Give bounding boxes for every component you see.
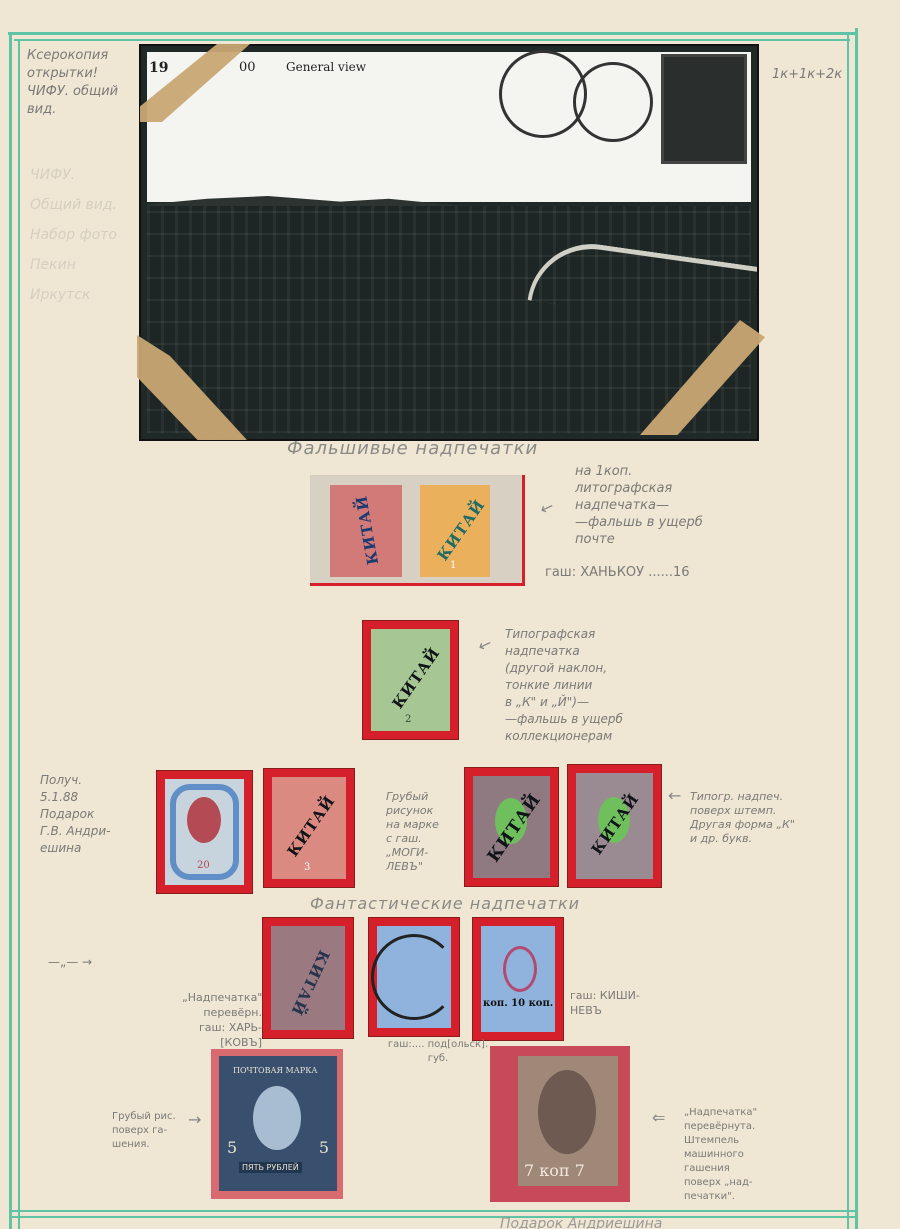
postcard-year-end: 00 — [239, 60, 256, 75]
frame-left-inner — [18, 39, 20, 1229]
frame-bottom-inner — [9, 1216, 858, 1218]
kishinev-note: гаш: КИШИ- НЕВЪ — [570, 988, 670, 1018]
green-stamp-note: Типографская надпечатка (другой наклон, … — [505, 626, 705, 745]
stamp-oval — [253, 1086, 301, 1150]
postcard-year: 19 — [149, 60, 168, 76]
overprint-text: КИТАЙ — [352, 494, 382, 566]
frame-right-outer — [855, 28, 858, 1229]
stamp-violet-inverted: КИТАЙ — [262, 917, 354, 1039]
stamp-value: 3 — [304, 862, 310, 873]
stamp-portrait — [538, 1070, 596, 1154]
stamp-pair-piece: КИТАЙ КИТАЙ 1 — [310, 475, 525, 586]
overprint-text: КИТАЙ — [434, 496, 489, 564]
ditto-note: —„— → — [48, 955, 92, 970]
inverted-note: „Надпечатка" перевёрнута. Штемпель машин… — [684, 1106, 804, 1204]
surcharge-text: коп. 10 коп. — [483, 998, 553, 1009]
postcard-caption: General view — [286, 60, 366, 74]
frame-bottom-outer — [9, 1210, 858, 1212]
rouble-value-right: 5 — [319, 1138, 329, 1157]
fantasy-overprints-heading: Фантастические надпечатки — [310, 894, 580, 913]
stamp-oval — [503, 946, 537, 992]
forged-overprints-heading: Фальшивые надпечатки — [287, 438, 538, 459]
postcard-stamp — [661, 54, 747, 164]
bottom-gift-note: Подарок Андриешина — [500, 1217, 662, 1229]
stamp-value: 1 — [450, 560, 456, 571]
postmark-circle — [371, 934, 457, 1020]
stamp-value: 7 коп 7 — [524, 1161, 585, 1180]
faint-margin-note: ЧИФУ. Общий вид. Набор фото Пекин Иркутс… — [30, 160, 130, 310]
stamp-paper: КИТАЙ — [473, 776, 550, 878]
arrow-icon: ← — [475, 633, 495, 656]
stamp-2kop-green: КИТАЙ 2 — [362, 620, 459, 740]
postcard-city — [147, 206, 751, 433]
stamp-violet-green-1: КИТАЙ — [464, 767, 559, 887]
pair-cancel-note: гаш: ХАНЬКОУ ......16 — [545, 565, 690, 580]
stamp-paper: 20 — [165, 779, 244, 885]
arrow-icon: ⇐ — [652, 1108, 665, 1127]
gift-note: Получ. 5.1.88 Подарок Г.В. Андри- ешина — [40, 772, 150, 857]
stamp-blue-podolsk — [368, 917, 460, 1037]
rouble-bottom-label: ПЯТЬ РУБЛЕЙ — [239, 1162, 302, 1173]
overprint-text: КИТАЙ — [287, 947, 333, 1018]
stamp-3kop-red: КИТАЙ 3 — [263, 768, 355, 888]
stamp-paper: КИТАЙ — [576, 773, 653, 879]
stamp-value: 20 — [197, 860, 210, 871]
overprint-text: КИТАЙ — [389, 644, 444, 712]
stamp-paper: КИТАЙ 3 — [272, 777, 346, 879]
stamp-paper: КИТАЙ 2 — [371, 629, 450, 731]
kharkov-note: „Надпечатка" перевёрн. гаш: ХАРЬ- [КОВЪ] — [182, 990, 262, 1050]
pair-note: на 1коп. литографская надпечатка— —фальш… — [575, 463, 755, 548]
typo-note: Типогр. надпеч. поверх штемп. Другая фор… — [690, 790, 840, 846]
stamp-paper — [377, 926, 451, 1028]
stamp-1kop-orange: КИТАЙ 1 — [420, 485, 490, 577]
stamp-blue-surcharge: коп. 10 коп. — [472, 917, 564, 1041]
stamp-paper: коп. 10 коп. — [481, 926, 555, 1032]
stamp-1kop-red: КИТАЙ — [330, 485, 402, 577]
stamp-oval — [187, 797, 221, 843]
frame-left-outer — [9, 32, 12, 1229]
arrow-icon: → — [188, 1110, 201, 1129]
postcard-photocopy: 19 00 General view — [139, 44, 759, 441]
stamp-20kop-blue: 20 — [156, 770, 253, 894]
rouble-top-label: ПОЧТОВАЯ МАРКА — [233, 1066, 317, 1075]
mogilev-note: Грубый рисунок на марке с гаш. „МОГИ- ЛЕ… — [386, 790, 466, 874]
stamp-paper: КИТАЙ — [271, 926, 345, 1030]
podolsk-note: гаш:.... под[ольск]. губ. — [368, 1038, 508, 1066]
rouble-value-left: 5 — [227, 1138, 237, 1157]
stamp-5-rouble: ПОЧТОВАЯ МАРКА 5 5 ПЯТЬ РУБЛЕЙ — [211, 1049, 343, 1199]
arrow-icon: ← — [668, 786, 681, 805]
postmark-2 — [573, 62, 653, 142]
stamp-paper: ПОЧТОВАЯ МАРКА 5 5 ПЯТЬ РУБЛЕЙ — [219, 1056, 337, 1191]
overprint-text: КИТАЙ — [284, 792, 339, 860]
frame-right-inner — [847, 35, 849, 1229]
stamp-7kop-brown: 7 коп 7 — [490, 1046, 630, 1202]
corner-value-note: 1к+1к+2к — [772, 67, 842, 82]
stamp-value: 2 — [405, 714, 411, 725]
frame-top-inner — [14, 39, 850, 41]
postcard-note: Ксерокопия открытки! ЧИФУ. общий вид. — [27, 47, 132, 119]
stamp-violet-green-2: КИТАЙ — [567, 764, 662, 888]
arrow-icon: ← — [537, 496, 557, 519]
stamp-paper: 7 коп 7 — [518, 1056, 618, 1186]
frame-top-outer — [8, 32, 856, 35]
